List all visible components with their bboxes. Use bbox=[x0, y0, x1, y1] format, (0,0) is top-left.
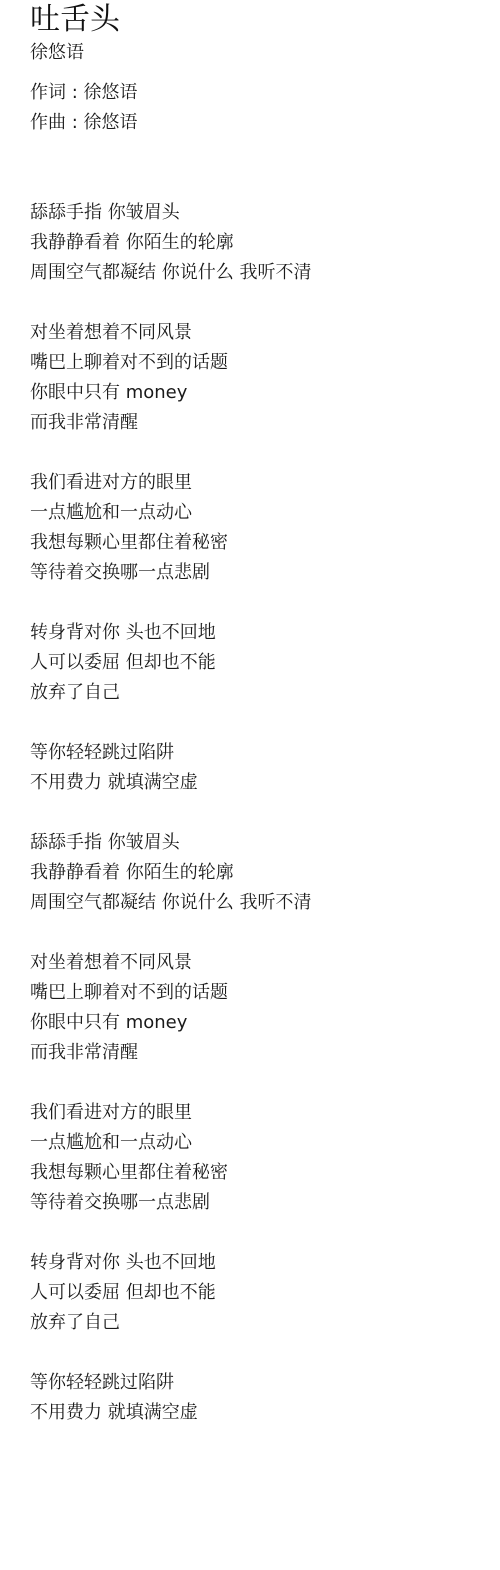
lyric-line: 我想每颗心里都住着秘密 bbox=[30, 528, 311, 558]
lyric-line: 等你轻轻跳过陷阱 bbox=[30, 1368, 311, 1398]
lyric-line: 舔舔手指 你皱眉头 bbox=[30, 828, 311, 858]
lyrics-stanza: 转身背对你 头也不回地 人可以委屈 但却也不能 放弃了自己 bbox=[30, 618, 311, 708]
lyric-line: 转身背对你 头也不回地 bbox=[30, 1248, 311, 1278]
lyric-line: 嘴巴上聊着对不到的话题 bbox=[30, 978, 311, 1008]
lyric-line: 对坐着想着不同风景 bbox=[30, 318, 311, 348]
lyric-line: 转身背对你 头也不回地 bbox=[30, 618, 311, 648]
lyric-line: 周围空气都凝结 你说什么 我听不清 bbox=[30, 888, 311, 918]
lyrics-stanza: 等你轻轻跳过陷阱 不用费力 就填满空虚 bbox=[30, 738, 311, 798]
composer-credit: 作曲 : 徐悠语 bbox=[30, 108, 138, 138]
lyric-line: 人可以委屈 但却也不能 bbox=[30, 1278, 311, 1308]
song-artist: 徐悠语 bbox=[30, 40, 84, 66]
lyric-line: 我们看进对方的眼里 bbox=[30, 468, 311, 498]
lyric-line: 而我非常清醒 bbox=[30, 408, 311, 438]
lyric-line: 我静静看着 你陌生的轮廓 bbox=[30, 228, 311, 258]
lyrics-body: 舔舔手指 你皱眉头 我静静看着 你陌生的轮廓 周围空气都凝结 你说什么 我听不清… bbox=[30, 198, 311, 1458]
lyric-line: 而我非常清醒 bbox=[30, 1038, 311, 1068]
song-credits: 作词 : 徐悠语 作曲 : 徐悠语 bbox=[30, 78, 138, 138]
lyric-line: 等你轻轻跳过陷阱 bbox=[30, 738, 311, 768]
song-title: 吐舌头 bbox=[30, 0, 120, 40]
lyric-line: 我静静看着 你陌生的轮廓 bbox=[30, 858, 311, 888]
lyric-line: 你眼中只有 money bbox=[30, 1008, 311, 1038]
lyric-line: 不用费力 就填满空虚 bbox=[30, 1398, 311, 1428]
lyric-line: 等待着交换哪一点悲剧 bbox=[30, 1188, 311, 1218]
lyric-line: 放弃了自己 bbox=[30, 678, 311, 708]
lyric-line: 放弃了自己 bbox=[30, 1308, 311, 1338]
lyrics-stanza: 我们看进对方的眼里 一点尴尬和一点动心 我想每颗心里都住着秘密 等待着交换哪一点… bbox=[30, 1098, 311, 1218]
lyrics-stanza: 对坐着想着不同风景 嘴巴上聊着对不到的话题 你眼中只有 money 而我非常清醒 bbox=[30, 948, 311, 1068]
lyrics-stanza: 等你轻轻跳过陷阱 不用费力 就填满空虚 bbox=[30, 1368, 311, 1428]
lyricist-credit: 作词 : 徐悠语 bbox=[30, 78, 138, 108]
lyric-line: 你眼中只有 money bbox=[30, 378, 311, 408]
lyric-line: 一点尴尬和一点动心 bbox=[30, 498, 311, 528]
lyric-line: 对坐着想着不同风景 bbox=[30, 948, 311, 978]
lyrics-stanza: 舔舔手指 你皱眉头 我静静看着 你陌生的轮廓 周围空气都凝结 你说什么 我听不清 bbox=[30, 198, 311, 288]
lyric-line: 嘴巴上聊着对不到的话题 bbox=[30, 348, 311, 378]
lyric-line: 我想每颗心里都住着秘密 bbox=[30, 1158, 311, 1188]
lyric-line: 我们看进对方的眼里 bbox=[30, 1098, 311, 1128]
lyric-line: 周围空气都凝结 你说什么 我听不清 bbox=[30, 258, 311, 288]
lyrics-stanza: 对坐着想着不同风景 嘴巴上聊着对不到的话题 你眼中只有 money 而我非常清醒 bbox=[30, 318, 311, 438]
lyric-line: 人可以委屈 但却也不能 bbox=[30, 648, 311, 678]
lyric-line: 等待着交换哪一点悲剧 bbox=[30, 558, 311, 588]
lyrics-stanza: 舔舔手指 你皱眉头 我静静看着 你陌生的轮廓 周围空气都凝结 你说什么 我听不清 bbox=[30, 828, 311, 918]
lyrics-stanza: 转身背对你 头也不回地 人可以委屈 但却也不能 放弃了自己 bbox=[30, 1248, 311, 1338]
lyric-line: 不用费力 就填满空虚 bbox=[30, 768, 311, 798]
lyric-line: 舔舔手指 你皱眉头 bbox=[30, 198, 311, 228]
lyric-line: 一点尴尬和一点动心 bbox=[30, 1128, 311, 1158]
lyrics-stanza: 我们看进对方的眼里 一点尴尬和一点动心 我想每颗心里都住着秘密 等待着交换哪一点… bbox=[30, 468, 311, 588]
